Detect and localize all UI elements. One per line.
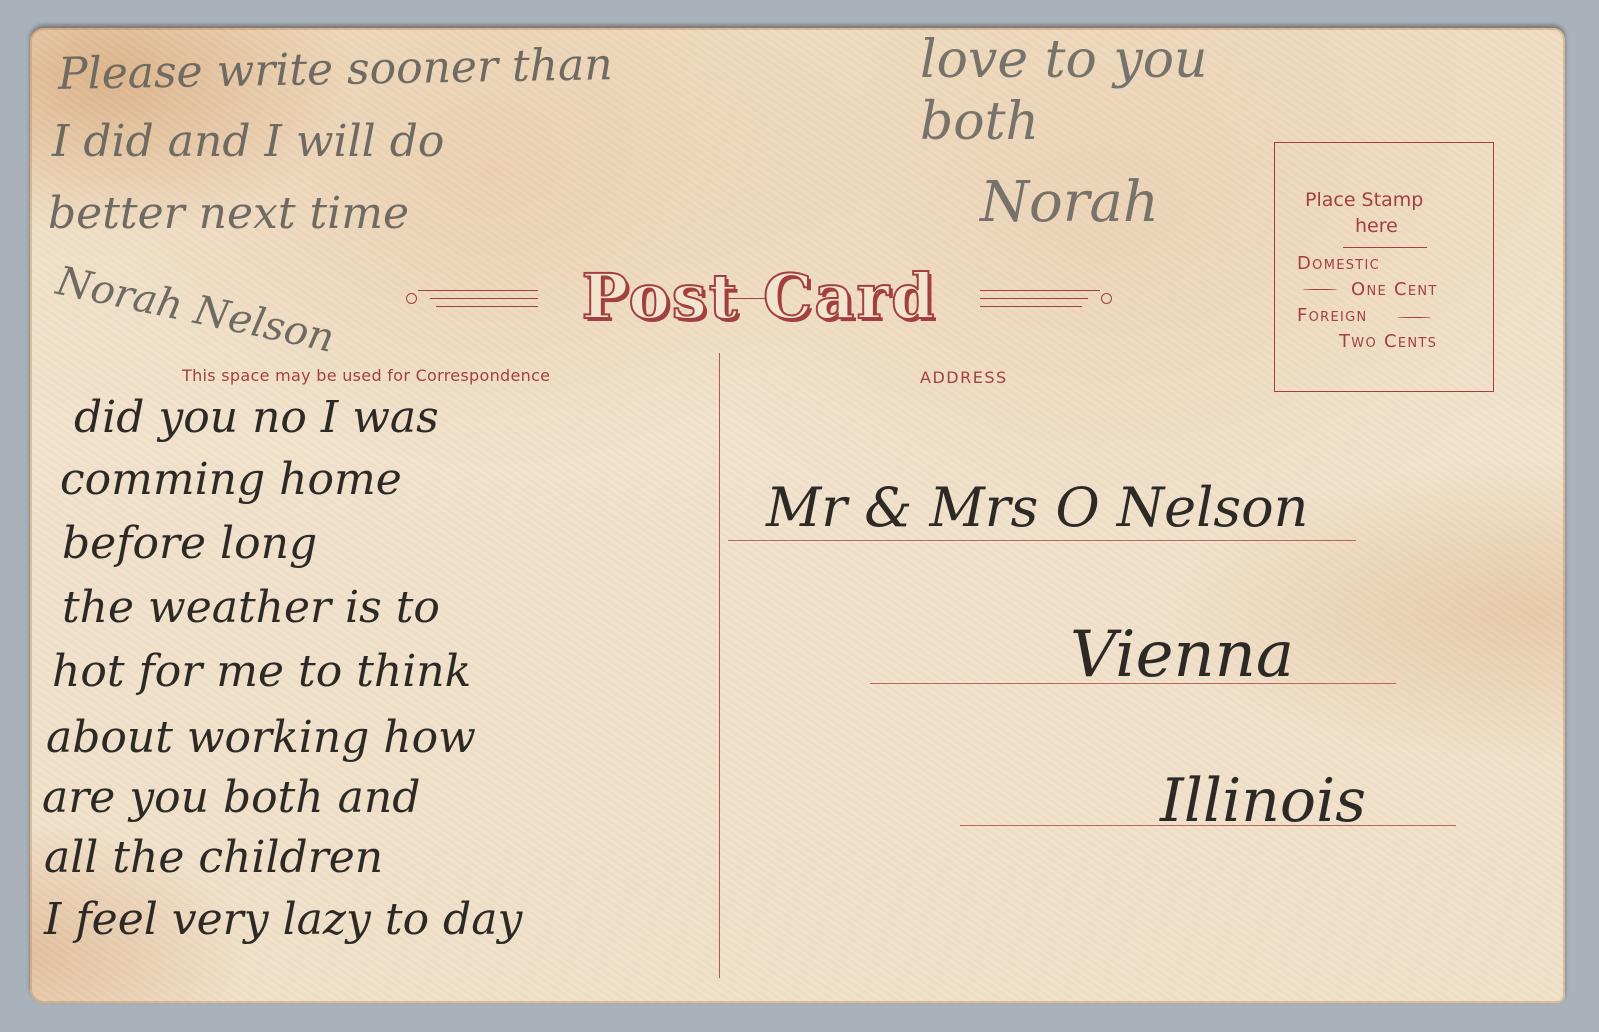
- handwritten-corner-line: both: [920, 92, 1039, 152]
- domestic-label: Domestic: [1297, 253, 1380, 274]
- handwritten-corner-signature: Norah: [980, 170, 1159, 235]
- domestic-rate: One Cent: [1351, 279, 1438, 300]
- handwritten-corner-line: love to you: [920, 30, 1208, 90]
- post-card-heading: Post Card: [406, 260, 1112, 332]
- message-line: did you no I was: [74, 392, 439, 443]
- message-line: hot for me to think: [52, 646, 471, 697]
- stamp-here-label: here: [1355, 215, 1398, 237]
- recipient-city: Vienna: [1070, 618, 1294, 692]
- message-line: are you both and: [42, 772, 420, 823]
- message-line: comming home: [60, 454, 402, 505]
- message-line: I feel very lazy to day: [44, 894, 522, 945]
- center-divider: [719, 353, 720, 978]
- handwritten-signature: Norah Nelson: [52, 258, 338, 362]
- handwritten-note-line: Please write sooner than: [58, 39, 613, 100]
- foreign-label: Foreign: [1297, 305, 1368, 326]
- foreign-rate: Two Cents: [1339, 331, 1437, 352]
- postcard: Please write sooner than I did and I wil…: [30, 28, 1565, 1003]
- stamp-place-label: Place Stamp: [1305, 189, 1423, 211]
- correspondence-label: This space may be used for Correspondenc…: [182, 366, 550, 385]
- address-label: ADDRESS: [920, 368, 1008, 387]
- message-line: all the children: [44, 832, 383, 883]
- message-line: before long: [62, 518, 317, 569]
- message-line: about working how: [46, 712, 476, 763]
- message-line: the weather is to: [62, 582, 440, 633]
- post-card-title: Post Card: [496, 260, 1022, 332]
- recipient-state: Illinois: [1160, 766, 1366, 836]
- stamp-box: Place Stamp here Domestic One Cent Forei…: [1274, 142, 1494, 392]
- address-line-1: [728, 540, 1356, 541]
- handwritten-note-line: I did and I will do: [52, 116, 444, 167]
- handwritten-note-line: better next time: [48, 188, 409, 239]
- recipient-name: Mr & Mrs O Nelson: [766, 476, 1308, 539]
